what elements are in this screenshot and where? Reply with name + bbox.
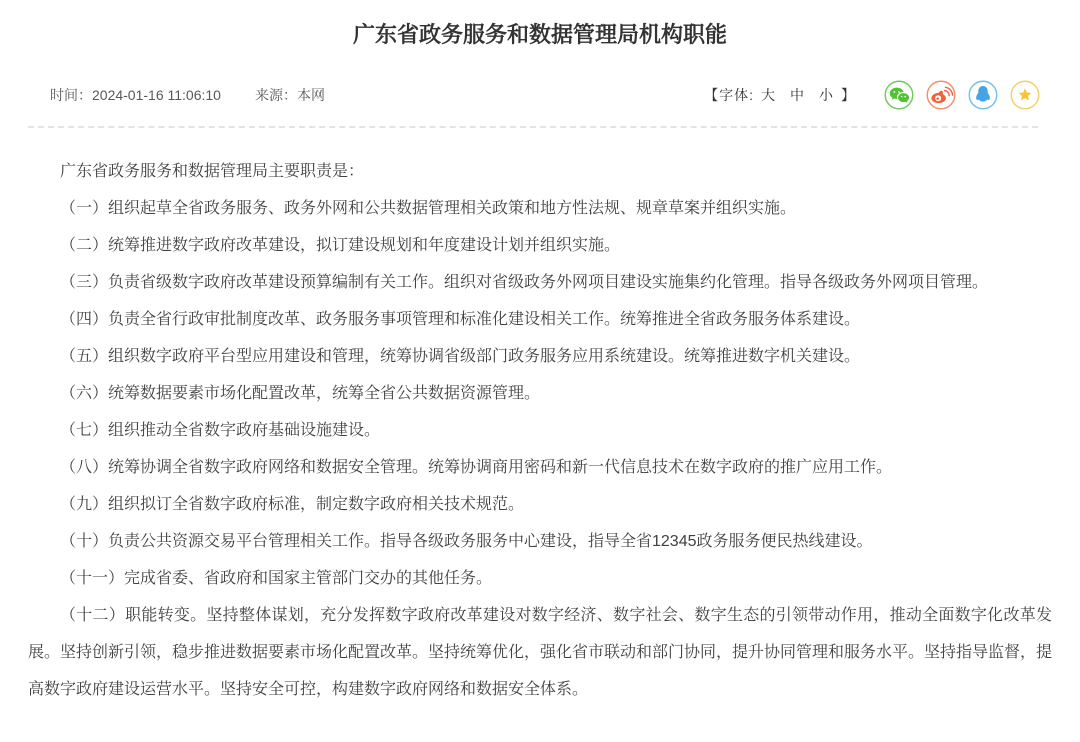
meta-bar: 时间：2024-01-16 11:06:10来源：本网 【字体:大中小】 (0, 78, 1080, 112)
font-size-medium-button[interactable]: 中 (790, 87, 805, 103)
font-control-prefix: 【字体: (704, 87, 754, 103)
star-icon (1010, 80, 1040, 110)
duty-item-8: （八）统筹协调全省数字政府网络和数据安全管理。统筹协调商用密码和新一代信息技术在… (28, 449, 1052, 486)
weibo-icon (926, 80, 956, 110)
duty-item-10: （十）负责公共资源交易平台管理相关工作。指导各级政务服务中心建设，指导全省123… (28, 523, 1052, 560)
meta-actions: 【字体:大中小】 (704, 80, 1040, 110)
page-title: 广东省政务服务和数据管理局机构职能 (0, 20, 1080, 50)
share-weibo-button[interactable] (926, 80, 956, 110)
font-size-large-button[interactable]: 大 (761, 87, 776, 103)
duty-item-6: （六）统筹数据要素市场化配置改革，统筹全省公共数据资源管理。 (28, 375, 1052, 412)
intro-paragraph: 广东省政务服务和数据管理局主要职责是： (28, 153, 1052, 190)
duty-item-4: （四）负责全省行政审批制度改革、政务服务事项管理和标准化建设相关工作。统筹推进全… (28, 301, 1052, 338)
share-buttons (872, 80, 1040, 110)
duty-item-3: （三）负责省级数字政府改革建设预算编制有关工作。组织对省级政务外网项目建设实施集… (28, 264, 1052, 301)
duty-item-5: （五）组织数字政府平台型应用建设和管理，统筹协调省级部门政务服务应用系统建设。统… (28, 338, 1052, 375)
article-meta: 时间：2024-01-16 11:06:10来源：本网 (50, 85, 325, 105)
time-label: 时间： (50, 87, 92, 103)
article-page: 广东省政务服务和数据管理局机构职能 时间：2024-01-16 11:06:10… (0, 20, 1080, 742)
duty-item-2: （二）统筹推进数字政府改革建设，拟订建设规划和年度建设计划并组织实施。 (28, 227, 1052, 264)
source-value: 本网 (297, 87, 325, 103)
qq-icon (968, 80, 998, 110)
font-size-small-button[interactable]: 小 (819, 87, 834, 103)
share-wechat-button[interactable] (884, 80, 914, 110)
font-control-suffix: 】 (841, 87, 856, 103)
font-size-control: 【字体:大中小】 (704, 85, 856, 105)
duty-item-12: （十二）职能转变。坚持整体谋划，充分发挥数字政府改革建设对数字经济、数字社会、数… (28, 597, 1052, 708)
wechat-icon (884, 80, 914, 110)
duty-item-1: （一）组织起草全省政务服务、政务外网和公共数据管理相关政策和地方性法规、规章草案… (28, 190, 1052, 227)
favorite-star-button[interactable] (1010, 80, 1040, 110)
time-value: 2024-01-16 11:06:10 (92, 87, 221, 103)
article-body: 广东省政务服务和数据管理局主要职责是： （一）组织起草全省政务服务、政务外网和公… (0, 128, 1080, 716)
source-label: 来源： (255, 87, 297, 103)
share-qq-button[interactable] (968, 80, 998, 110)
duty-item-9: （九）组织拟订全省数字政府标准，制定数字政府相关技术规范。 (28, 486, 1052, 523)
duty-item-7: （七）组织推动全省数字政府基础设施建设。 (28, 412, 1052, 449)
duty-item-11: （十一）完成省委、省政府和国家主管部门交办的其他任务。 (28, 560, 1052, 597)
